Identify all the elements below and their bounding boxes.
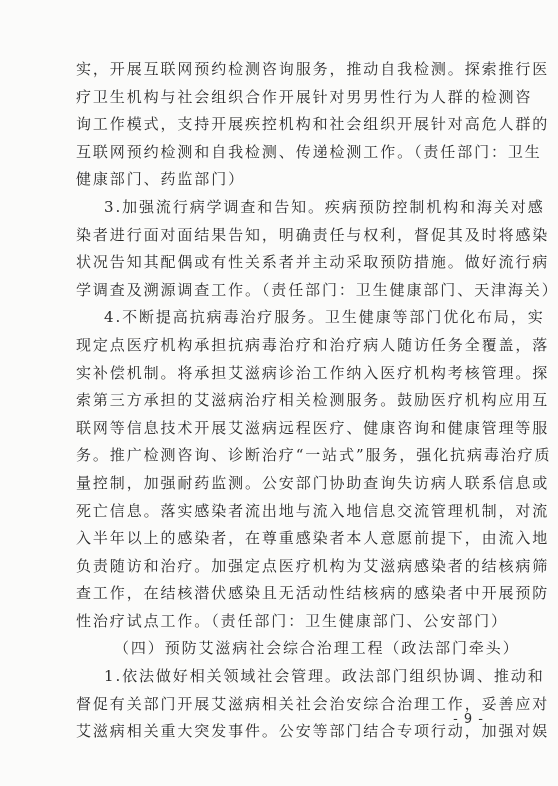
section-heading-4: （四）预防艾滋病社会综合治理工程（政法部门牵头）: [76, 635, 484, 663]
text-line: 现定点医疗机构承担抗病毒治疗和治疗病人随访任务全覆盖，落: [76, 332, 484, 360]
document-page: 实，开展互联网预约检测咨询服务，推动自我检测。探索推行医 疗卫生机构与社会组织合…: [0, 0, 558, 786]
text-line: 染者进行面对面结果告知，明确责任与权利，督促其及时将感染: [76, 222, 484, 250]
paragraph-3-start: 3.加强流行病学调查和告知。疾病预防控制机构和海关对感: [76, 194, 484, 222]
text-line: 疗卫生机构与社会组织合作开展针对男男性行为人群的检测咨: [76, 84, 484, 112]
text-line: 务。推广检测咨询、诊断治疗“一站式”服务，强化抗病毒治疗质: [76, 442, 484, 470]
text-line: 健康部门、药监部门）: [76, 166, 484, 194]
page-number: - 9 -: [448, 712, 484, 727]
text-line: 死亡信息。落实感染者流出地与流入地信息交流管理机制，对流: [76, 498, 484, 526]
paragraph-1-start: 1.依法做好相关领域社会管理。政法部门组织协调、推动和: [76, 663, 484, 691]
text-line: 查工作，在结核潜伏感染且无活动性结核病的感染者中开展预防: [76, 580, 484, 608]
text-line: 量控制，加强耐药监测。公安部门协助查询失访病人联系信息或: [76, 470, 484, 498]
text-line: 联网等信息技术开展艾滋病远程医疗、健康咨询和健康管理等服: [76, 415, 484, 443]
text-line: 艾滋病相关重大突发事件。公安等部门结合专项行动，加强对娱: [76, 718, 484, 746]
text-line: 互联网预约检测和自我检测、传递检测工作。（责任部门：卫生: [76, 139, 484, 167]
paragraph-4-start: 4.不断提高抗病毒治疗服务。卫生健康等部门优化布局，实: [76, 304, 484, 332]
document-body: 实，开展互联网预约检测咨询服务，推动自我检测。探索推行医 疗卫生机构与社会组织合…: [76, 56, 484, 746]
text-line: 询工作模式，支持开展疾控机构和社会组织开展针对高危人群的: [76, 111, 484, 139]
text-line: 索第三方承担的艾滋病治疗相关检测服务。鼓励医疗机构应用互: [76, 387, 484, 415]
text-line: 学调查及溯源调查工作。（责任部门：卫生健康部门、天津海关）: [76, 277, 484, 305]
text-line: 负责随访和治疗。加强定点医疗机构为艾滋病感染者的结核病筛: [76, 553, 484, 581]
text-line: 实补偿机制。将承担艾滋病诊治工作纳入医疗机构考核管理。探: [76, 360, 484, 388]
text-line: 入半年以上的感染者，在尊重感染者本人意愿前提下，由流入地: [76, 525, 484, 553]
text-line: 性治疗试点工作。（责任部门：卫生健康部门、公安部门）: [76, 608, 484, 636]
text-line: 实，开展互联网预约检测咨询服务，推动自我检测。探索推行医: [76, 56, 484, 84]
text-line: 状况告知其配偶或有性关系者并主动采取预防措施。做好流行病: [76, 249, 484, 277]
text-line: 督促有关部门开展艾滋病相关社会治安综合治理工作，妥善应对: [76, 691, 484, 719]
